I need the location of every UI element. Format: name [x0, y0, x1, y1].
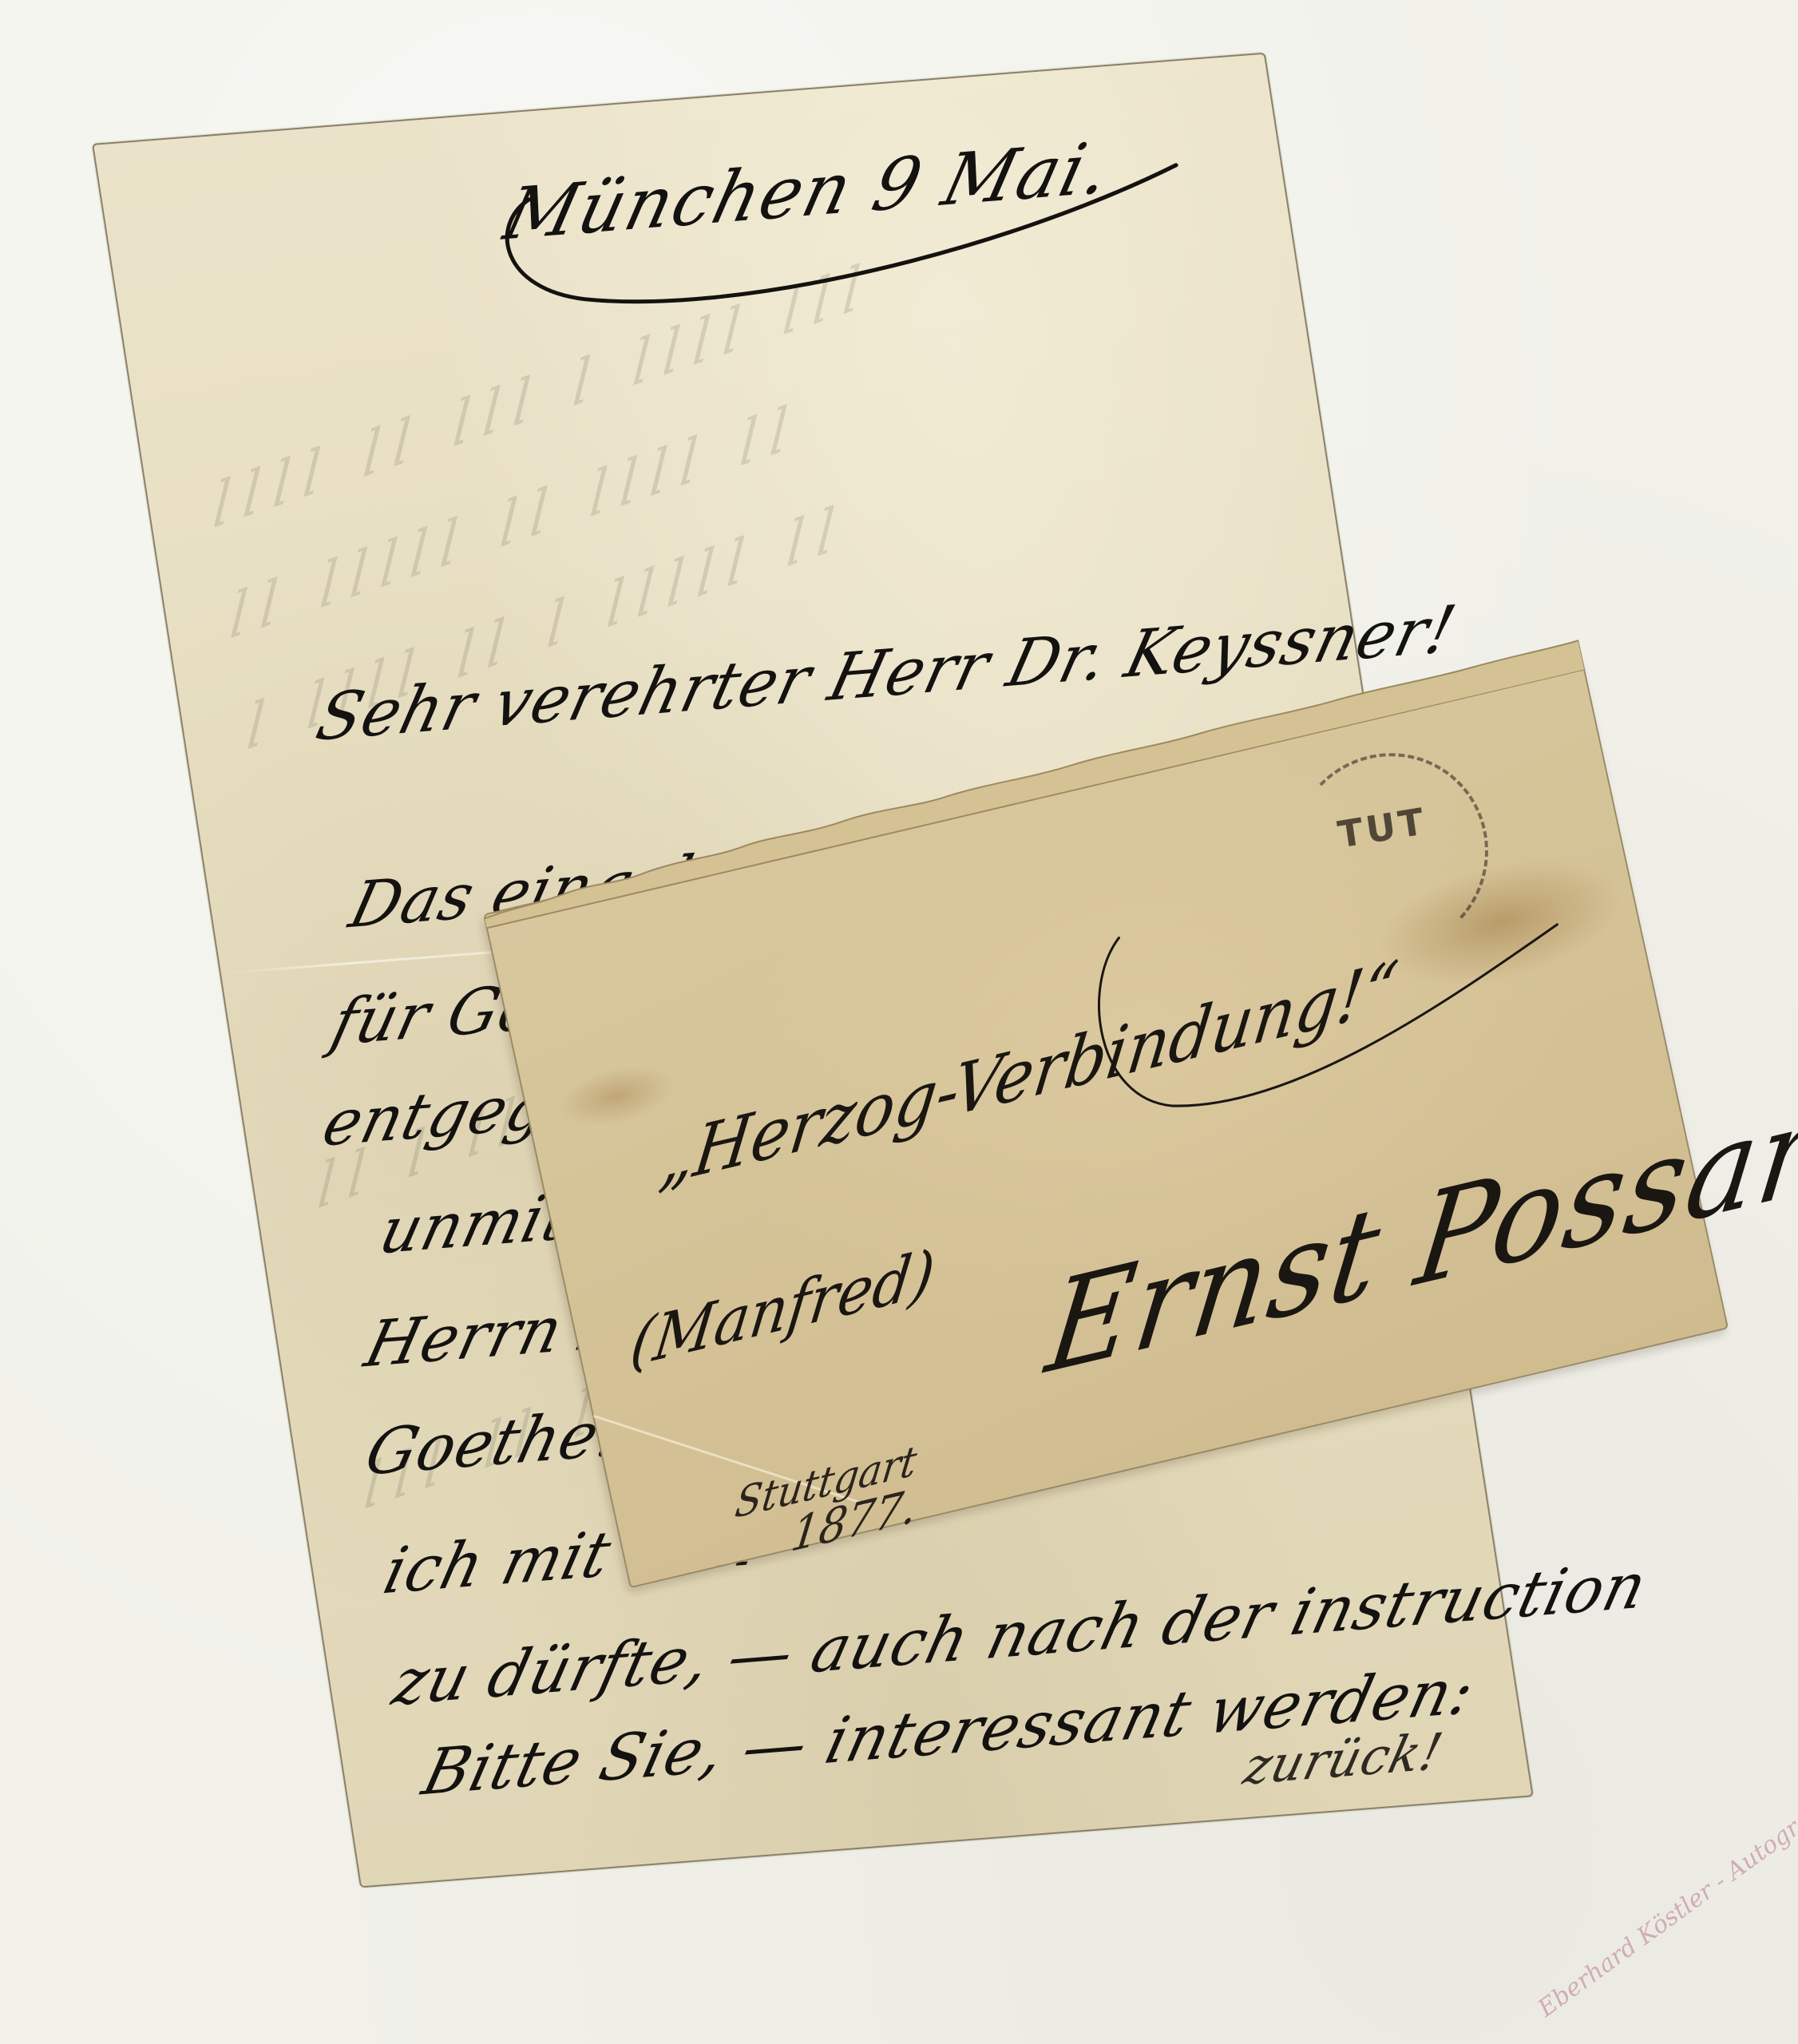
envelope-role-manfred: (Manfred)	[627, 1234, 940, 1381]
address-flourish	[954, 829, 1596, 1202]
postmark-text: TUT	[1335, 799, 1429, 857]
